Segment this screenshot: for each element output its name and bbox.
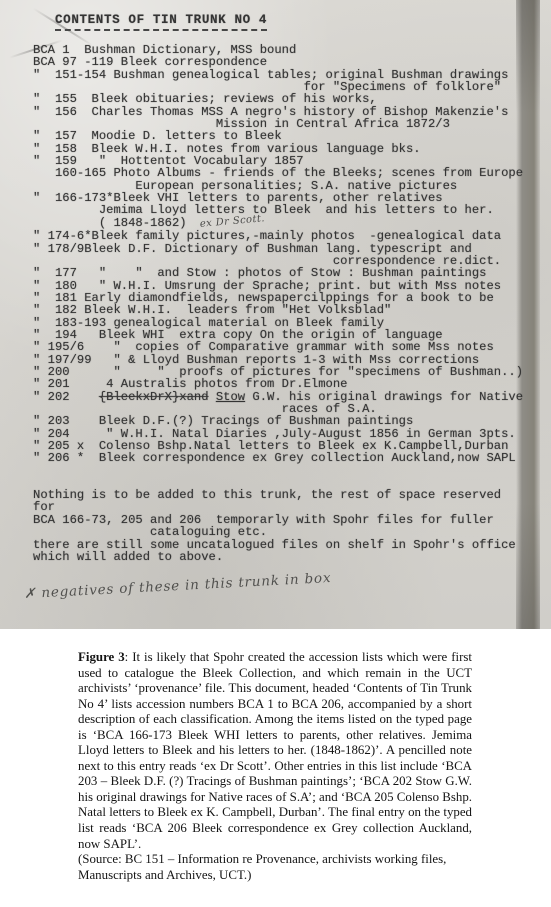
- caption-body: : It is likely that Spohr created the ac…: [78, 650, 472, 851]
- accession-list: BCA 1 Bushman Dictionary, MSS bound BCA …: [33, 44, 523, 465]
- handwritten-note: ✗ negatives of these in this trunk in bo…: [24, 570, 332, 602]
- typed-line: cataloguing etc.: [33, 526, 516, 538]
- typed-line: " 155 Bleek obituaries; reviews of his w…: [33, 93, 523, 105]
- typed-line: " 177 " " and Stow : photos of Stow : Bu…: [33, 267, 523, 279]
- document-title: CONTENTS OF TIN TRUNK NO 4: [55, 13, 267, 31]
- typed-line: " 195/6 " copies of Comparative grammar …: [33, 341, 523, 353]
- trunk-note: Nothing is to be added to this trunk, th…: [33, 489, 516, 564]
- typed-line: BCA 97 -119 Bleek correspondence: [33, 56, 523, 68]
- typed-line: " 206 * Bleek correspondence ex Grey col…: [33, 452, 523, 464]
- typed-line: Nothing is to be added to this trunk, th…: [33, 489, 516, 501]
- figure-page: CONTENTS OF TIN TRUNK NO 4 BCA 1 Bushman…: [0, 0, 551, 907]
- typed-line: " 174-6*Bleek family pictures,-mainly ph…: [33, 230, 523, 242]
- caption-source: (Source: BC 151 – Information re Provena…: [78, 852, 472, 883]
- typed-line: " 157 Moodie D. letters to Bleek: [33, 130, 523, 142]
- typed-date-range: ( 1848-1862): [33, 216, 187, 230]
- typed-line: which will added to above.: [33, 551, 516, 563]
- typed-line: " 203 Bleek D.F.(?) Tracings of Bushman …: [33, 415, 523, 427]
- typed-line: 160-165 Photo Albums - friends of the Bl…: [33, 167, 523, 179]
- caption-paragraph: Figure 3: It is likely that Spohr create…: [78, 650, 472, 852]
- typed-line: " 178/9Bleek D.F. Dictionary of Bushman …: [33, 243, 523, 255]
- figure-caption: Figure 3: It is likely that Spohr create…: [78, 650, 472, 883]
- figure-label: Figure 3: [78, 650, 125, 664]
- scanned-document: CONTENTS OF TIN TRUNK NO 4 BCA 1 Bushman…: [0, 0, 551, 629]
- typed-line: " 182 Bleek W.H.I. leaders from "Het Vol…: [33, 304, 523, 316]
